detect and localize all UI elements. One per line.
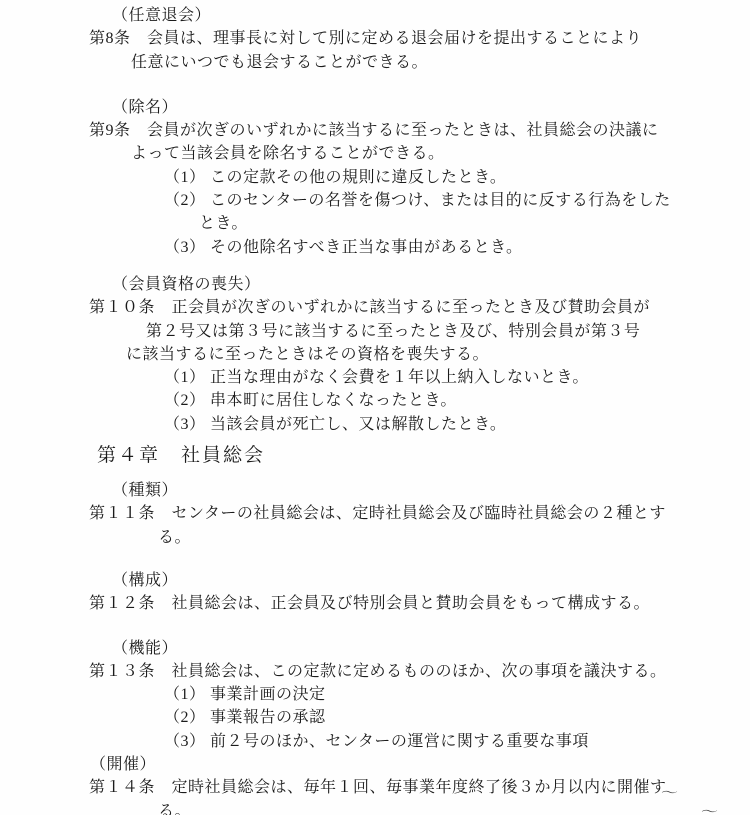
- article-continuation-line: 任意にいつでも退会することができる。: [131, 51, 750, 74]
- list-item-line: （2） このセンターの名誉を傷つけ、または目的に反する行為をした: [164, 189, 750, 212]
- section-label: （種類）: [112, 479, 750, 502]
- scan-artifact-mark: ～: [661, 787, 678, 798]
- section-label: （機能）: [112, 637, 750, 660]
- article-line: 第9条 会員が次ぎのいずれかに該当するに至ったときは、社員総会の決議に: [89, 119, 750, 142]
- document-body: （任意退会）第8条 会員は、理事長に対して別に定める退会届けを提出することにより…: [0, 0, 750, 815]
- list-item-line: （3） その他除名すべき正当な事由があるとき。: [164, 236, 750, 259]
- article-line: 第１３条 社員総会は、この定款に定めるもののほか、次の事項を議決する。: [89, 660, 750, 683]
- article-continuation-line: よって当該会員を除名することができる。: [131, 142, 750, 165]
- list-item-line: （1） 正当な理由がなく会費を１年以上納入しないとき。: [164, 366, 750, 389]
- article-continuation-line: る。: [158, 526, 750, 549]
- article-line: 第8条 会員は、理事長に対して別に定める退会届けを提出することにより: [89, 27, 750, 50]
- section-label: （構成）: [112, 569, 750, 592]
- article-line: 第１２条 社員総会は、正会員及び特別会員と賛助会員をもって構成する。: [89, 592, 750, 615]
- scan-artifact-mark: ～: [701, 806, 718, 815]
- article-line: 第１４条 定時社員総会は、毎年１回、毎事業年度終了後３か月以内に開催す: [89, 776, 750, 799]
- section-label: （会員資格の喪失）: [112, 273, 750, 296]
- section-label: （除名）: [112, 96, 750, 119]
- document-page: （任意退会）第8条 会員は、理事長に対して別に定める退会届けを提出することにより…: [0, 0, 750, 815]
- article-line: 第１０条 正会員が次ぎのいずれかに該当するに至ったとき及び賛助会員が: [89, 296, 750, 319]
- list-item-line: （2） 事業報告の承認: [164, 706, 750, 729]
- article-continuation-line: 第２号又は第３号に該当するに至ったとき及び、特別会員が第３号: [146, 320, 750, 343]
- chapter-heading: 第４章 社員総会: [97, 441, 750, 471]
- list-item-continuation-line: とき。: [199, 212, 750, 235]
- article-continuation-line: る。: [158, 800, 750, 815]
- list-item-line: （2） 串本町に居住しなくなったとき。: [164, 389, 750, 412]
- section-label: （任意退会）: [112, 4, 750, 27]
- article-line: 第１１条 センターの社員総会は、定時社員総会及び臨時社員総会の２種とす: [89, 502, 750, 525]
- list-item-line: （1） この定款その他の規則に違反したとき。: [164, 166, 750, 189]
- article-continuation-line: に該当するに至ったときはその資格を喪失する。: [126, 343, 750, 366]
- list-item-line: （1） 事業計画の決定: [164, 683, 750, 706]
- section-label: （開催）: [90, 753, 750, 776]
- list-item-line: （3） 当該会員が死亡し、又は解散したとき。: [164, 413, 750, 436]
- list-item-line: （3） 前２号のほか、センターの運営に関する重要な事項: [164, 730, 750, 753]
